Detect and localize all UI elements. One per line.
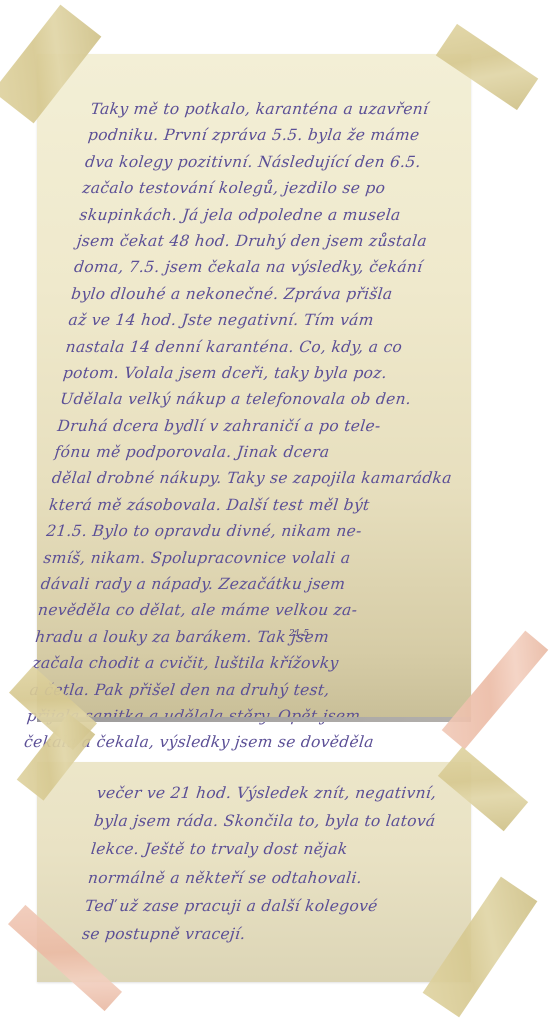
handwritten-line: potom. Volala jsem dceři, taky byla poz. bbox=[61, 364, 474, 390]
handwritten-line: skupinkách. Já jela odpoledne a musela bbox=[78, 206, 491, 232]
handwritten-line: která mě zásobovala. Další test měl být bbox=[47, 496, 460, 522]
handwritten-line: Druhá dcera bydlí v zahraničí a po tele- bbox=[56, 417, 469, 443]
handwritten-line: začalo testování kolegů, jezdilo se po bbox=[81, 179, 494, 205]
handwritten-line: a četla. Pak přišel den na druhý test, bbox=[28, 681, 441, 707]
handwritten-line: se postupně vracejí. bbox=[80, 925, 463, 953]
handwritten-line: lekce. Ještě to trvaly dost nějak bbox=[89, 840, 472, 868]
letter-page-bottom: večer ve 21 hod. Výsledek znít, negativn… bbox=[37, 762, 471, 982]
handwritten-line: dávali rady a nápady. Zezačátku jsem bbox=[39, 575, 452, 601]
handwritten-line: podniku. První zpráva 5.5. byla že máme bbox=[86, 126, 499, 152]
handwritten-line: byla jsem ráda. Skončila to, byla to lat… bbox=[92, 812, 475, 840]
handwritten-line: smíš, nikam. Spolupracovnice volali a bbox=[42, 549, 455, 575]
handwritten-line: až ve 14 hod. Jste negativní. Tím vám bbox=[67, 311, 480, 337]
handwritten-line: 21.5. Bylo to opravdu divné, nikam ne- bbox=[45, 522, 458, 548]
handwritten-line: Udělala velký nákup a telefonovala ob de… bbox=[58, 390, 471, 416]
handwritten-line: dva kolegy pozitivní. Následující den 6.… bbox=[83, 153, 496, 179]
date-annotation: 21.5 bbox=[289, 629, 309, 639]
handwritten-line: normálně a někteří se odtahovali. bbox=[86, 869, 469, 897]
handwritten-line: fónu mě podporovala. Jinak dcera bbox=[53, 443, 466, 469]
handwritten-text-top: Taky mě to potkalo, karanténa a uzavření… bbox=[22, 100, 501, 760]
handwritten-line: hradu a louky za barákem. Tak jsem bbox=[33, 628, 446, 654]
handwritten-line: dělal drobné nákupy. Taky se zapojila ka… bbox=[50, 469, 463, 495]
handwritten-line: večer ve 21 hod. Výsledek znít, negativn… bbox=[95, 784, 478, 812]
handwritten-line: začala chodit a cvičit, luštila křížovky bbox=[31, 654, 444, 680]
handwritten-text-bottom: večer ve 21 hod. Výsledek znít, negativn… bbox=[80, 784, 478, 953]
handwritten-line: nastala 14 denní karanténa. Co, kdy, a c… bbox=[64, 338, 477, 364]
handwritten-line: Teď už zase pracuji a další kolegové bbox=[83, 897, 466, 925]
handwritten-line: bylo dlouhé a nekonečné. Zpráva přišla bbox=[69, 285, 482, 311]
handwritten-line: jsem čekat 48 hod. Druhý den jsem zůstal… bbox=[75, 232, 488, 258]
handwritten-line: Taky mě to potkalo, karanténa a uzavření bbox=[89, 100, 502, 126]
handwritten-line: nevěděla co dělat, ale máme velkou za- bbox=[36, 601, 449, 627]
letter-page-top: Taky mě to potkalo, karanténa a uzavření… bbox=[37, 54, 471, 718]
handwritten-line: doma, 7.5. jsem čekala na výsledky, čeká… bbox=[72, 258, 485, 284]
